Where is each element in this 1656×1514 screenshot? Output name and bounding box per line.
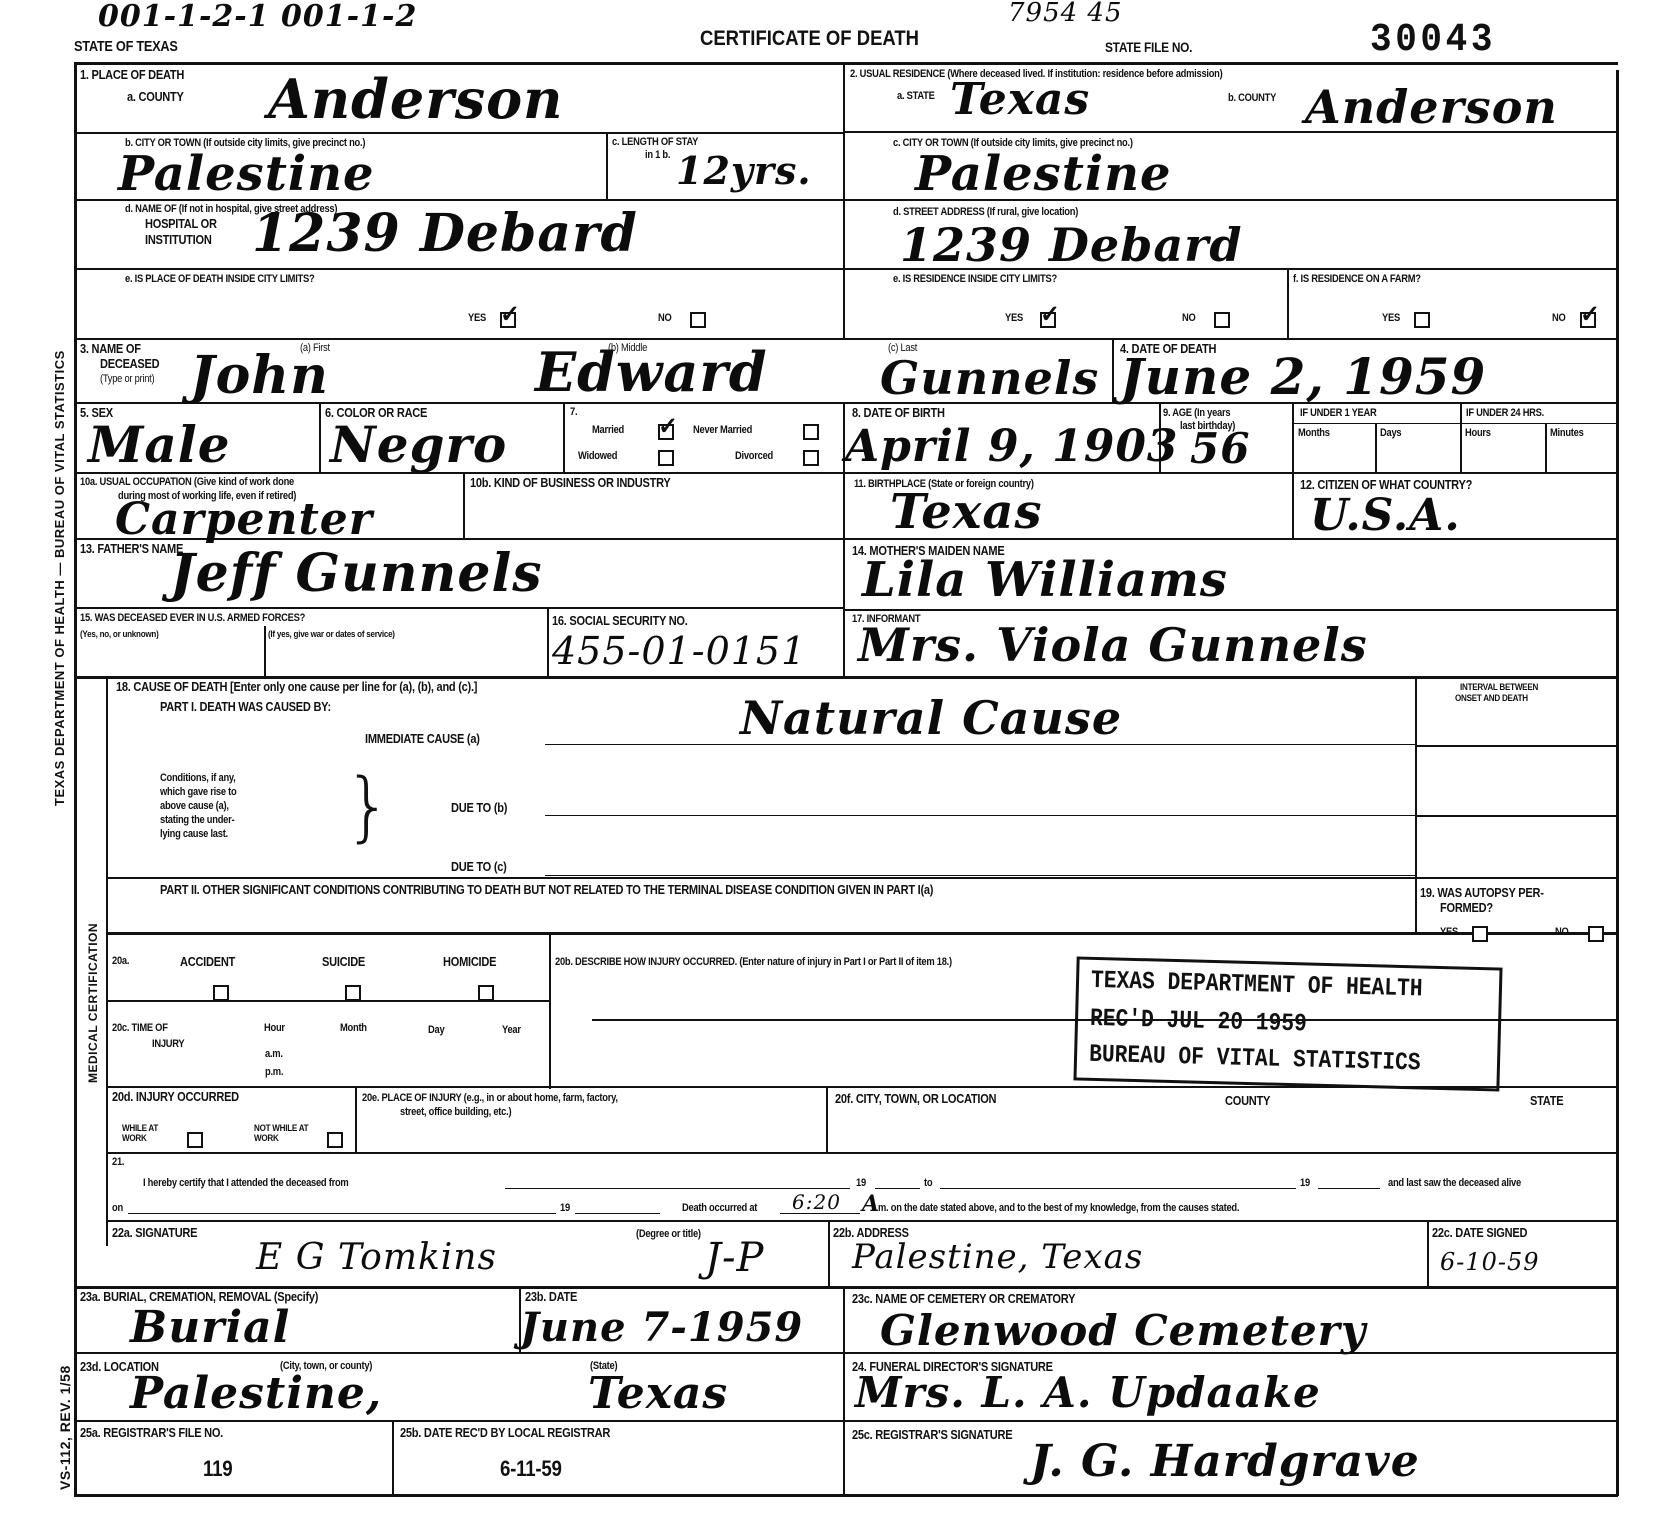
rule	[606, 132, 608, 199]
residence-state-label: a. STATE	[897, 90, 935, 102]
rule	[563, 402, 565, 472]
death-city-value[interactable]: Palestine	[118, 150, 375, 198]
no-label: NO	[1555, 926, 1569, 938]
month-label: Month	[340, 1022, 367, 1034]
county-label: a. COUNTY	[127, 90, 184, 104]
no-label: NO	[1182, 312, 1196, 324]
stamp-line-1: TEXAS DEPARTMENT OF HEALTH	[1091, 966, 1423, 1004]
frame-top	[74, 62, 1618, 65]
conditions-note-5: lying cause last.	[160, 828, 228, 840]
under-day-label: IF UNDER 24 HRS.	[1466, 407, 1544, 419]
rule	[843, 538, 845, 609]
cert-to: to	[924, 1177, 932, 1189]
year-label: Year	[502, 1024, 521, 1036]
name-label: 3. NAME OF	[80, 342, 141, 356]
divider-1-2	[843, 62, 845, 340]
burial-date-label: 23b. DATE	[525, 1290, 577, 1304]
label-20e: 20e. PLACE OF INJURY (e.g., in or about …	[362, 1092, 618, 1104]
rule	[463, 472, 465, 538]
rule	[1112, 338, 1114, 402]
stamp-line-2: REC'D JUL 20 1959	[1090, 1004, 1307, 1039]
married-checkbox[interactable]	[658, 424, 674, 440]
rule	[843, 609, 1616, 611]
label-20a: 20a.	[112, 955, 129, 967]
informant-value[interactable]: Mrs. Viola Gunnels	[858, 622, 1368, 668]
conditions-note-2: which gave rise to	[160, 786, 236, 798]
minutes-label: Minutes	[1550, 427, 1584, 439]
date-signed-value[interactable]: 6-10-59	[1440, 1250, 1540, 1274]
side-text-form-number: VS-112, REV. 1/58	[57, 1365, 73, 1490]
cert-last-saw: and last saw the deceased alive	[1388, 1177, 1521, 1189]
mother-value[interactable]: Lila Williams	[862, 556, 1228, 604]
ssn-value[interactable]: 455-01-0151	[552, 632, 806, 670]
registrar-date-value[interactable]: 6-11-59	[500, 1458, 562, 1480]
widowed-label: Widowed	[578, 450, 617, 462]
rule	[575, 1213, 660, 1214]
disposition-value[interactable]: Burial	[130, 1306, 290, 1350]
rule	[547, 609, 549, 676]
rule	[74, 472, 1616, 474]
not-while-at-work-checkbox[interactable]	[327, 1132, 343, 1148]
cemetery-value[interactable]: Glenwood Cemetery	[880, 1310, 1366, 1352]
part1-label: PART I. DEATH WAS CAUSED BY:	[160, 700, 331, 714]
autopsy-no-checkbox[interactable]	[1588, 926, 1604, 942]
armed-forces-sublabel-2: (If yes, give war or dates of service)	[268, 630, 395, 640]
rule	[74, 1420, 1616, 1422]
marital-label: 7.	[570, 406, 577, 418]
date-signed-label: 22c. DATE SIGNED	[1432, 1226, 1527, 1240]
state-of-texas-label: STATE OF TEXAS	[74, 40, 178, 54]
homicide-checkbox[interactable]	[478, 985, 494, 1001]
father-value[interactable]: Jeff Gunnels	[170, 548, 542, 600]
days-label: Days	[1380, 427, 1401, 439]
hospital-label-3: INSTITUTION	[145, 233, 212, 247]
divorced-checkbox[interactable]	[803, 450, 819, 466]
cert-line-2-end: m. on the date stated above, and to the …	[878, 1202, 1239, 1214]
rule	[74, 338, 1616, 340]
rule	[128, 1213, 556, 1214]
sex-value[interactable]: Male	[88, 420, 231, 470]
cert-death-occurred: Death occurred at	[682, 1202, 757, 1214]
registrar-signature-label: 25c. REGISTRAR'S SIGNATURE	[852, 1428, 1012, 1442]
while-at-work-checkbox[interactable]	[187, 1132, 203, 1148]
name-label-2: DECEASED	[100, 357, 159, 371]
rule	[1318, 1188, 1380, 1189]
cemetery-label: 23c. NAME OF CEMETERY OR CREMATORY	[852, 1292, 1075, 1306]
rule	[843, 472, 845, 538]
occupation-label: 10a. USUAL OCCUPATION (Give kind of work…	[80, 476, 294, 488]
label-20c: 20c. TIME OF	[112, 1022, 168, 1034]
widowed-checkbox[interactable]	[658, 450, 674, 466]
stamp-line-3: BUREAU OF VITAL STATISTICS	[1089, 1040, 1421, 1078]
residence-farm-no-checkbox[interactable]	[1580, 312, 1596, 328]
cert-19-b: 19	[1300, 1177, 1310, 1189]
cert-19-c: 19	[560, 1202, 570, 1214]
label-20f: 20f. CITY, TOWN, OR LOCATION	[835, 1092, 996, 1106]
months-label: Months	[1298, 427, 1330, 439]
rule	[1427, 1220, 1429, 1286]
registrar-file-value[interactable]: 119	[203, 1458, 232, 1480]
under-year-label: IF UNDER 1 YEAR	[1300, 407, 1377, 419]
rule	[355, 1086, 357, 1152]
suicide-label: SUICIDE	[322, 955, 365, 969]
residence-street-label: d. STREET ADDRESS (If rural, give locati…	[893, 206, 1078, 218]
conditions-note-4: stating the under-	[160, 814, 234, 826]
rule	[549, 932, 551, 1089]
rule	[106, 1152, 1616, 1154]
signature-label: 22a. SIGNATURE	[112, 1226, 197, 1240]
birthplace-value[interactable]: Texas	[890, 488, 1043, 536]
residence-county-label: b. COUNTY	[1228, 92, 1276, 104]
rule	[1415, 745, 1616, 747]
rule	[1287, 268, 1289, 340]
middle-name-value[interactable]: Edward	[535, 345, 768, 399]
not-while-at-work-label: NOT WHILE AT WORK	[254, 1124, 315, 1144]
rule	[106, 932, 1616, 935]
location-state-value[interactable]: Texas	[588, 1372, 728, 1416]
age-value[interactable]: 56	[1190, 428, 1250, 470]
rule	[828, 1220, 830, 1286]
hospital-value[interactable]: 1239 Debard	[252, 208, 638, 260]
location-city-value[interactable]: Palestine,	[130, 1372, 382, 1416]
handwritten-index-codes: 001-1-2-1 001-1-2	[98, 2, 417, 32]
label-20c-2: INJURY	[152, 1038, 184, 1050]
degree-label: (Degree or title)	[636, 1228, 701, 1240]
dob-value[interactable]: April 9, 1903	[845, 425, 1179, 469]
rule	[74, 132, 843, 134]
citizen-value[interactable]: U.S.A.	[1310, 494, 1461, 538]
address-value[interactable]: Palestine, Texas	[852, 1240, 1143, 1274]
residence-farm-label: f. IS RESIDENCE ON A FARM?	[1293, 273, 1421, 285]
rule	[826, 1086, 828, 1152]
frame-bottom	[74, 1494, 1618, 1497]
side-text-department: TEXAS DEPARTMENT OF HEALTH — BUREAU OF V…	[52, 350, 67, 806]
first-name-value[interactable]: John	[190, 350, 329, 402]
interval-label: INTERVAL BETWEEN	[1460, 683, 1538, 693]
homicide-label: HOMICIDE	[443, 955, 496, 969]
autopsy-label-2: FORMED?	[1440, 901, 1493, 915]
rule	[545, 875, 1415, 876]
death-county-value[interactable]: Anderson	[268, 72, 563, 126]
day-label: Day	[428, 1024, 444, 1036]
received-stamp: TEXAS DEPARTMENT OF HEALTH REC'D JUL 20 …	[1073, 956, 1502, 1091]
rule	[875, 1188, 920, 1189]
occupation-value[interactable]: Carpenter	[115, 498, 373, 542]
dob-label: 8. DATE OF BIRTH	[852, 406, 945, 420]
hour-label: Hour	[264, 1022, 285, 1034]
form-title: CERTIFICATE OF DEATH	[700, 27, 919, 51]
yes-label: YES	[1382, 312, 1400, 324]
residence-street-value[interactable]: 1239 Debard	[900, 222, 1243, 268]
rule	[1375, 424, 1377, 472]
residence-inside-limits-label: e. IS RESIDENCE INSIDE CITY LIMITS?	[893, 273, 1057, 285]
immediate-cause-value[interactable]: Natural Cause	[740, 695, 1122, 741]
physician-signature[interactable]: E G Tomkins	[256, 1240, 497, 1276]
length-of-stay-sublabel: in 1 b.	[645, 149, 670, 161]
hospital-label-2: HOSPITAL OR	[145, 217, 217, 231]
divorced-label: Divorced	[735, 450, 773, 462]
death-time-value[interactable]: 6:20	[792, 1192, 841, 1212]
death-inside-limits-no-checkbox[interactable]	[690, 312, 706, 328]
frame-right	[1616, 70, 1619, 1496]
autopsy-yes-checkbox[interactable]	[1472, 926, 1488, 942]
ssn-label: 16. SOCIAL SECURITY NO.	[552, 614, 688, 628]
rule	[1292, 423, 1616, 424]
frame-left	[74, 62, 77, 1496]
injury-county-label: COUNTY	[1225, 1094, 1270, 1108]
yes-label: YES	[468, 312, 486, 324]
accident-label: ACCIDENT	[180, 955, 235, 969]
rule	[505, 1188, 850, 1189]
pm-label: p.m.	[265, 1066, 283, 1078]
never-married-checkbox[interactable]	[803, 424, 819, 440]
date-of-death-value[interactable]: June 2, 1959	[1120, 352, 1486, 402]
residence-city-value[interactable]: Palestine	[915, 150, 1172, 198]
rule	[940, 1188, 1296, 1189]
handwritten-file-code: 7954 45	[1008, 0, 1123, 26]
label-20e-2: street, office building, etc.)	[400, 1106, 511, 1118]
rule	[843, 1286, 845, 1494]
business-label: 10b. KIND OF BUSINESS OR INDUSTRY	[470, 476, 671, 490]
age-label: 9. AGE (In years	[1163, 407, 1230, 419]
due-to-c-label: DUE TO (c)	[451, 860, 507, 874]
rule	[74, 607, 843, 609]
registrar-signature[interactable]: J. G. Hardgrave	[1030, 1440, 1420, 1484]
rule	[392, 1420, 394, 1494]
funeral-director-signature[interactable]: Mrs. L. A. Updaake	[855, 1372, 1321, 1414]
yes-label: YES	[1440, 926, 1458, 938]
state-file-number: 30043	[1370, 18, 1496, 63]
armed-forces-label: 15. WAS DECEASED EVER IN U.S. ARMED FORC…	[80, 612, 305, 624]
married-label: Married	[592, 424, 624, 436]
rule	[319, 402, 321, 472]
registrar-file-label: 25a. REGISTRAR'S FILE NO.	[80, 1426, 223, 1440]
conditions-note-3: above cause (a),	[160, 800, 229, 812]
length-of-stay-value[interactable]: 12yrs.	[676, 152, 812, 190]
cert-19-a: 19	[856, 1177, 866, 1189]
physician-title[interactable]: J-P	[705, 1238, 764, 1278]
rule	[106, 877, 1616, 879]
death-inside-limits-yes-checkbox[interactable]	[500, 312, 516, 328]
due-to-b-label: DUE TO (b)	[451, 801, 507, 815]
residence-county-value[interactable]: Anderson	[1305, 84, 1558, 130]
hours-label: Hours	[1465, 427, 1491, 439]
immediate-cause-label: IMMEDIATE CAUSE (a)	[365, 732, 480, 746]
rule	[264, 626, 266, 676]
race-value[interactable]: Negro	[330, 420, 507, 470]
rule	[1292, 472, 1294, 538]
side-text-medical-certification: MEDICAL CERTIFICATION	[86, 923, 100, 1083]
autopsy-label: 19. WAS AUTOPSY PER-	[1420, 886, 1544, 900]
residence-farm-yes-checkbox[interactable]	[1414, 312, 1430, 328]
rule	[1460, 402, 1462, 472]
rule	[1415, 815, 1616, 817]
rule	[1415, 676, 1417, 932]
cause-header: 18. CAUSE OF DEATH [Enter only one cause…	[116, 680, 477, 694]
rule	[106, 1220, 1616, 1222]
yes-label: YES	[1005, 312, 1023, 324]
death-inside-limits-label: e. IS PLACE OF DEATH INSIDE CITY LIMITS?	[125, 273, 314, 285]
label-20b: 20b. DESCRIBE HOW INJURY OCCURRED. (Ente…	[555, 956, 952, 968]
armed-forces-sublabel-1: (Yes, no, or unknown)	[80, 630, 159, 640]
name-label-3: (Type or print)	[100, 373, 154, 385]
rule	[545, 815, 1415, 816]
accident-checkbox[interactable]	[213, 985, 229, 1001]
never-married-label: Never Married	[693, 424, 752, 436]
rule	[843, 609, 845, 676]
burial-date-value[interactable]: June 7-1959	[520, 1308, 803, 1348]
registrar-date-label: 25b. DATE REC'D BY LOCAL REGISTRAR	[400, 1426, 610, 1440]
length-of-stay-label: c. LENGTH OF STAY	[612, 136, 698, 148]
father-label: 13. FATHER'S NAME	[80, 542, 183, 556]
place-of-death-label: 1. PLACE OF DEATH	[80, 68, 184, 82]
no-label: NO	[658, 312, 672, 324]
rule	[1292, 402, 1294, 472]
bracket-icon: }	[344, 768, 392, 844]
label-21: 21.	[112, 1156, 124, 1168]
label-20d: 20d. INJURY OCCURRED	[112, 1090, 239, 1104]
conditions-note-1: Conditions, if any,	[160, 772, 236, 784]
residence-state-value[interactable]: Texas	[950, 78, 1090, 122]
injury-state-label: STATE	[1530, 1094, 1563, 1108]
last-name-value[interactable]: Gunnels	[880, 355, 1099, 401]
cert-line-1: I hereby certify that I attended the dec…	[143, 1177, 348, 1189]
no-label: NO	[1552, 312, 1566, 324]
cert-on: on	[112, 1202, 123, 1214]
rule	[74, 1352, 1616, 1354]
rule	[106, 676, 108, 1246]
residence-inside-limits-yes-checkbox[interactable]	[1040, 312, 1056, 328]
suicide-checkbox[interactable]	[345, 985, 361, 1001]
am-label: a.m.	[265, 1048, 283, 1060]
interval-label-2: ONSET AND DEATH	[1455, 694, 1528, 704]
state-file-no-label: STATE FILE NO.	[1105, 40, 1192, 54]
part2-label: PART II. OTHER SIGNIFICANT CONDITIONS CO…	[160, 883, 933, 897]
while-at-work-label: WHILE AT WORK	[122, 1124, 170, 1144]
residence-inside-limits-no-checkbox[interactable]	[1214, 312, 1230, 328]
rule	[74, 268, 1616, 270]
rule	[1545, 424, 1547, 472]
